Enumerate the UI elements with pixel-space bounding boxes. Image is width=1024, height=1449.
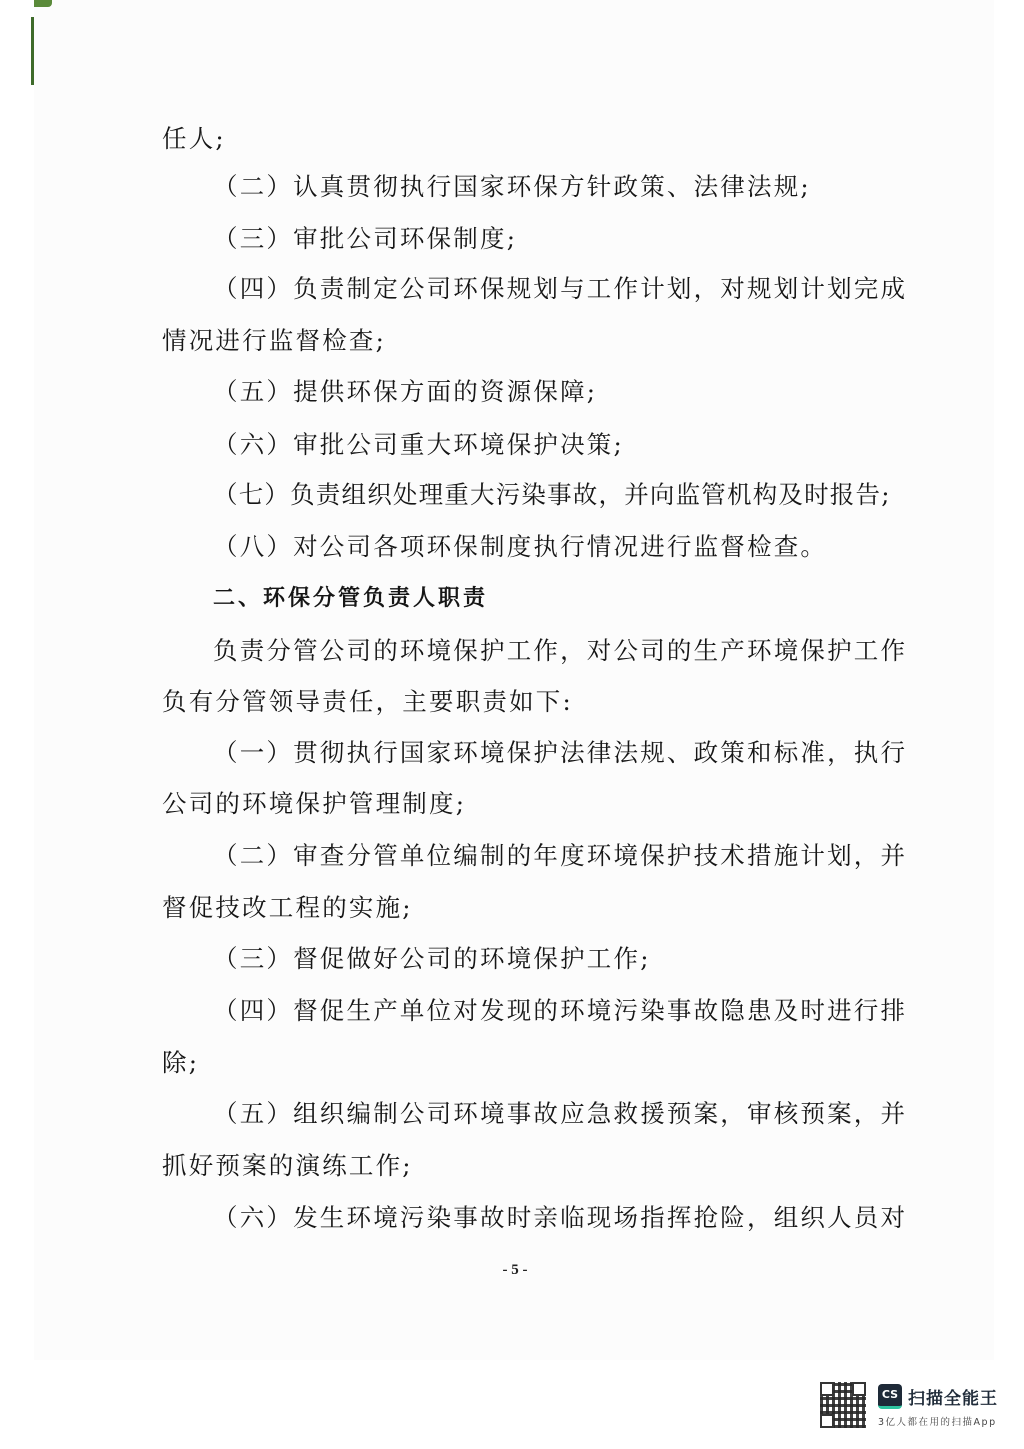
text-line: （五）组织编制公司环境事故应急救援预案，审核预案，并 [213, 1099, 907, 1129]
qr-code-icon [820, 1382, 866, 1428]
scan-edge-mark [34, 0, 52, 7]
text-line: 负责分管公司的环境保护工作，对公司的生产环境保护工作 [213, 636, 907, 666]
text-line: （三）审批公司环保制度; [213, 224, 517, 254]
text-line: （三）督促做好公司的环境保护工作; [213, 944, 651, 974]
app-name: 扫描全能王 [908, 1384, 998, 1409]
text-line: 除; [162, 1048, 199, 1078]
text-line: （六）发生环境污染事故时亲临现场指挥抢险，组织人员对 [213, 1203, 907, 1233]
text-line: 情况进行监督检查; [162, 326, 386, 356]
text-line: （八）对公司各项环保制度执行情况进行监督检查。 [213, 532, 827, 562]
binding-edge-mark [31, 17, 34, 85]
section-heading: 二、环保分管负责人职责 [213, 584, 488, 614]
text-line: （四）负责制定公司环保规划与工作计划，对规划计划完成 [213, 274, 907, 304]
text-line: （一）贯彻执行国家环境保护法律法规、政策和标准，执行 [213, 738, 907, 768]
text-line: （五）提供环保方面的资源保障; [213, 377, 597, 407]
text-line: 抓好预案的演练工作; [162, 1151, 413, 1181]
text-line: 公司的环境保护管理制度; [162, 789, 466, 819]
text-line: （四）督促生产单位对发现的环境污染事故隐患及时进行排 [213, 996, 907, 1026]
text-line: 任人; [162, 124, 226, 154]
camscanner-watermark: CS 扫描全能王 3亿人都在用的扫描App [818, 1380, 1008, 1432]
text-line: （七）负责组织处理重大污染事故，并向监管机构及时报告; [213, 480, 891, 510]
camscanner-logo-icon: CS [878, 1384, 902, 1409]
text-line: 督促技改工程的实施; [162, 893, 413, 923]
app-slogan: 3亿人都在用的扫描App [878, 1414, 997, 1428]
page-number: - 5 - [490, 1262, 540, 1279]
text-line: （六）审批公司重大环境保护决策; [213, 430, 624, 460]
text-line: （二）认真贯彻执行国家环保方针政策、法律法规; [213, 172, 811, 202]
text-line: 负有分管领导责任，主要职责如下: [162, 687, 573, 717]
text-line: （二）审查分管单位编制的年度环境保护技术措施计划，并 [213, 841, 907, 871]
